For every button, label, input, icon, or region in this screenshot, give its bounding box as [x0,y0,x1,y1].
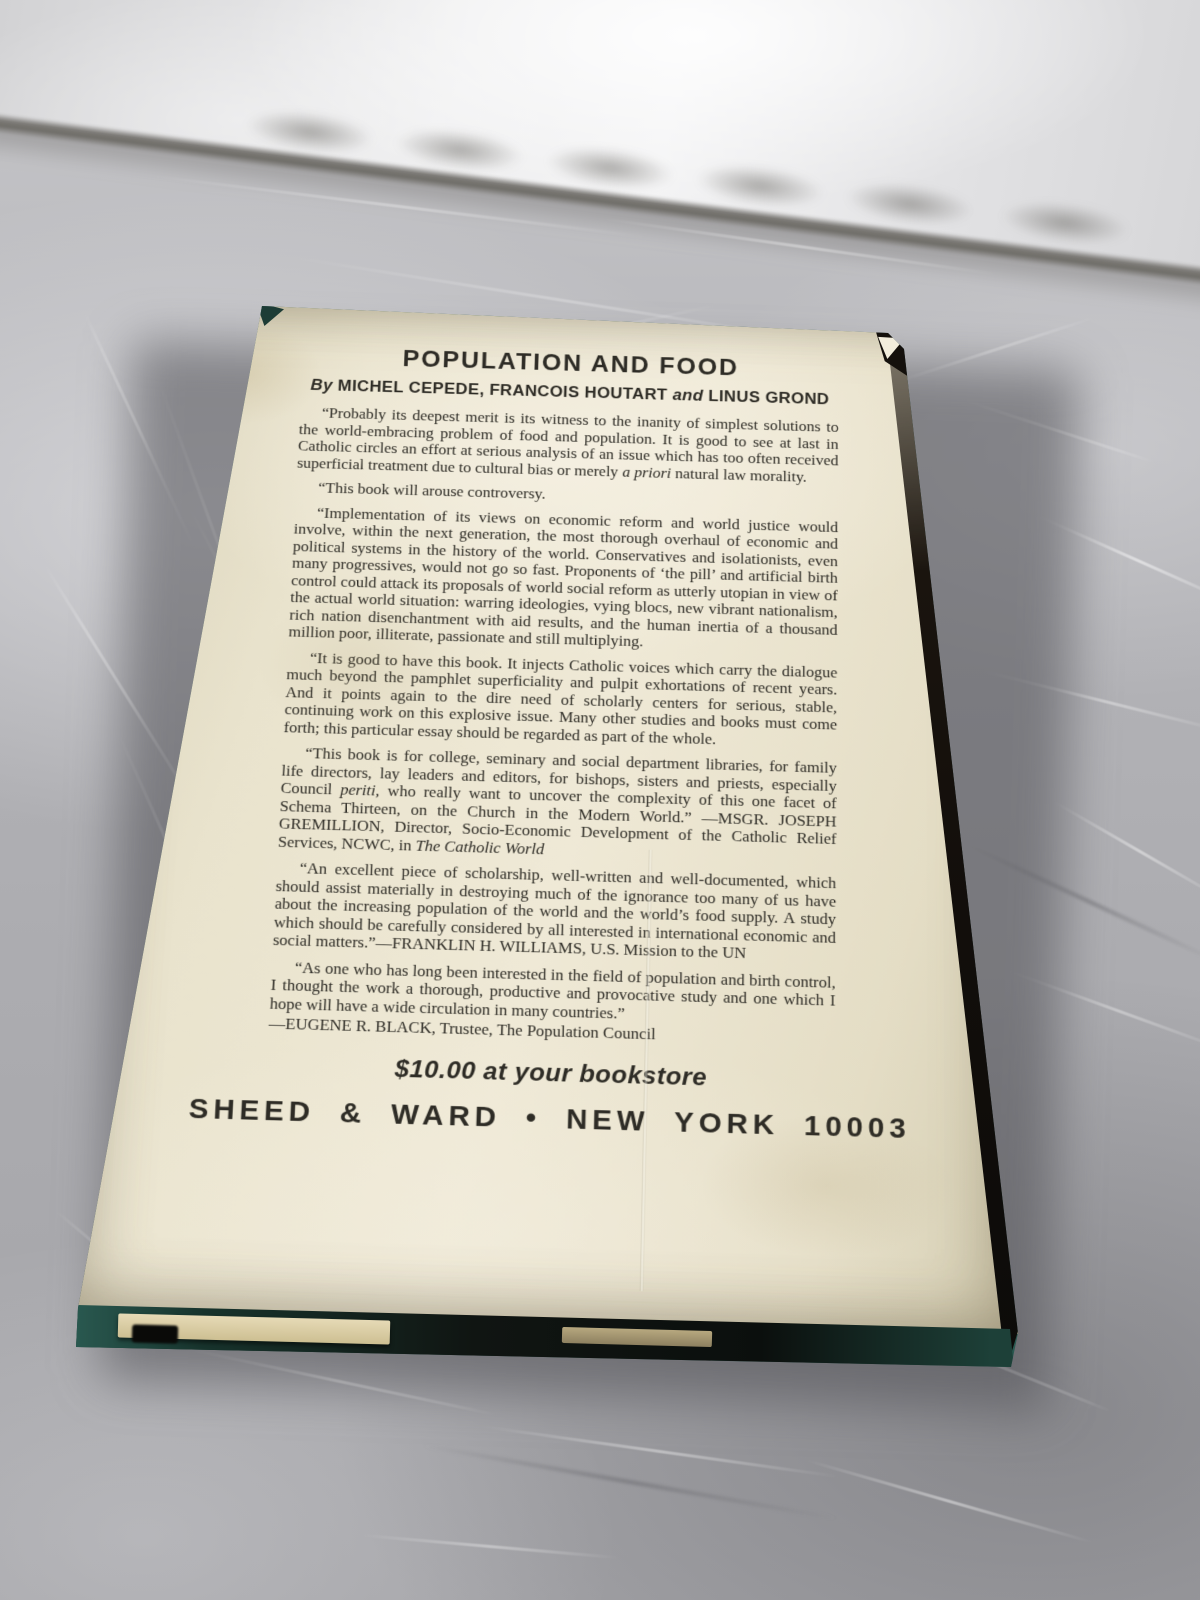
price-line: $10.00 at your bookstore [266,1050,835,1095]
review-paragraph: “This book is for college, seminary and … [278,744,837,866]
italic-text: a priori [622,463,671,481]
italic-text: periti, [340,781,380,799]
review-paragraph: “As one who has long been interested in … [268,958,835,1049]
review-text: “This book will arouse controversy. [318,479,546,502]
review-paragraph: “Probably its deepest merit is its witne… [297,404,839,486]
review-text: natural law morality. [671,465,807,485]
review-text: “As one who has long been interested in … [269,958,835,1022]
italic-text: The Catholic World [415,836,544,857]
plastic-wrinkle-shadow [423,1444,837,1521]
plastic-wrinkle [805,1459,1094,1545]
plastic-wrinkle [1053,800,1200,903]
byline-segment: and [672,386,708,404]
plastic-wrinkle [360,1534,619,1560]
board-chip-mark [132,1324,178,1343]
review-paragraph: “An excellent piece of scholarship, well… [273,859,837,965]
photo-canvas: { "colors": { "floor_gray": "#b0b0b4", "… [0,0,1200,1600]
byline-segment: MICHEL CEPEDE, FRANCOIS HOUTART [337,377,672,403]
review-text: “An excellent piece of scholarship, well… [273,859,837,961]
plastic-wrinkle [482,1425,839,1478]
byline-segment: LINUS GROND [708,387,829,407]
